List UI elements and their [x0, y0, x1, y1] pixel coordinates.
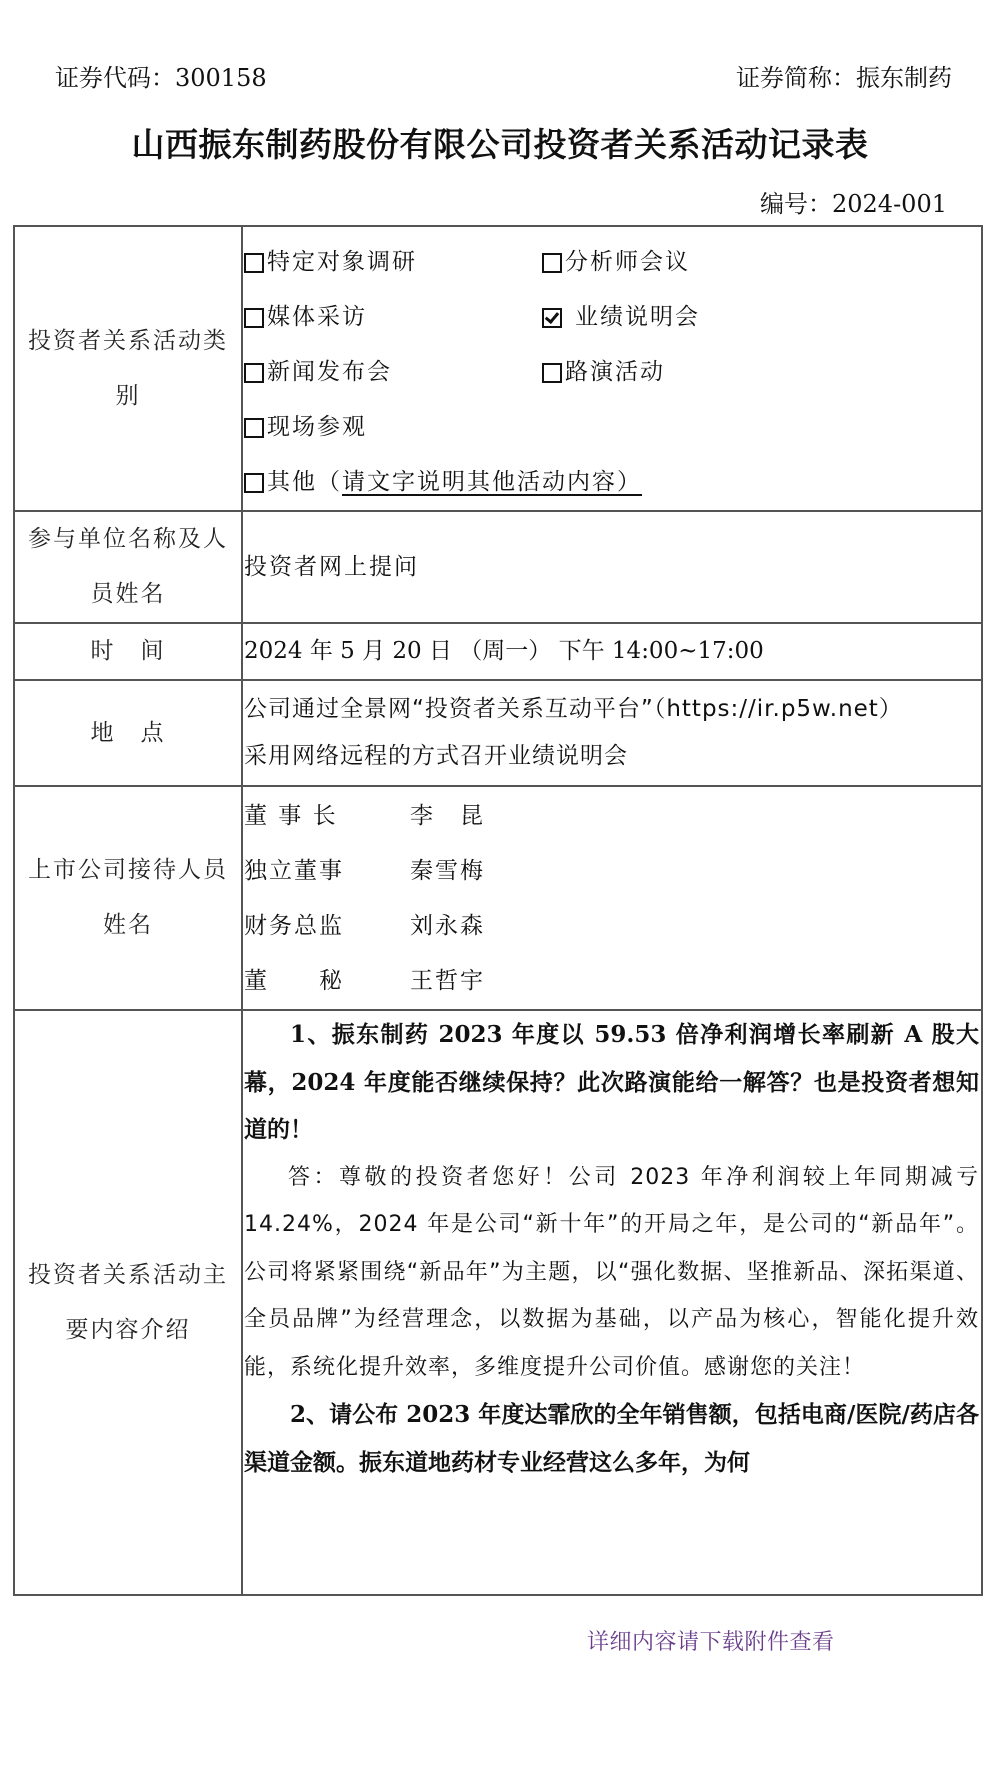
checkbox-item[interactable]: 现场参观: [244, 400, 542, 455]
label-line: 别: [15, 369, 241, 424]
participants-label: 参与单位名称及人 员姓名: [14, 511, 242, 623]
location-line: 公司通过全景网“投资者关系互动平台”（https://ir.p5w.net）: [244, 686, 981, 733]
other-description: 请文字说明其他活动内容）: [342, 455, 642, 510]
main-content-label: 投资者关系活动主 要内容介绍: [14, 1010, 242, 1595]
checkbox-label: 媒体采访: [267, 290, 367, 345]
question-1: 1、振东制药 2023 年度以 59.53 倍净利润增长率刷新 A 股大幕，20…: [244, 1011, 981, 1154]
staff-name: 刘永森: [410, 899, 485, 954]
label-line: 员姓名: [15, 567, 241, 622]
label-line: 要内容介绍: [15, 1303, 241, 1358]
table-row-participants: 参与单位名称及人 员姓名 投资者网上提问: [14, 511, 982, 623]
staff-name: 秦雪梅: [410, 844, 485, 899]
label-line: 参与单位名称及人: [15, 512, 241, 567]
checkbox-item[interactable]: 路演活动: [542, 345, 981, 400]
location-label: 地 点: [14, 680, 242, 786]
time-value: 2024 年 5 月 20 日 （周一） 下午 14:00~17:00: [242, 623, 982, 680]
checkbox-item[interactable]: 特定对象调研: [244, 235, 542, 290]
time-label: 时 间: [14, 623, 242, 680]
checkbox-checked-icon[interactable]: [542, 308, 562, 328]
staff-item: 董 秘 王哲宇: [244, 954, 981, 1009]
activity-type-label: 投资者关系活动类 别: [14, 226, 242, 511]
reception-label: 上市公司接待人员 姓名: [14, 786, 242, 1010]
participants-value: 投资者网上提问: [242, 511, 982, 623]
label-line: 姓名: [15, 898, 241, 953]
checkbox-empty-icon[interactable]: [244, 418, 264, 438]
question-2: 2、请公布 2023 年度达霏欣的全年销售额，包括电商/医院/药店各渠道金额。振…: [244, 1391, 981, 1486]
checkbox-empty-icon[interactable]: [542, 363, 562, 383]
reception-staff-list: 董 事 长 李 昆 独立董事 秦雪梅 财务总监 刘永森 董 秘 王哲宇: [242, 786, 982, 1010]
checkbox-label: 业绩说明会: [575, 290, 700, 345]
document-number: 编号：2024-001: [760, 190, 947, 218]
staff-role: 财务总监: [244, 899, 410, 954]
activity-type-options: 特定对象调研 分析师会议 媒体采访 业绩说明会 新闻发布会: [242, 226, 982, 511]
stock-abbreviation: 证券简称：振东制药: [736, 64, 952, 92]
label-line: 投资者关系活动主: [15, 1248, 241, 1303]
location-value: 公司通过全景网“投资者关系互动平台”（https://ir.p5w.net） 采…: [242, 680, 982, 786]
staff-role: 独立董事: [244, 844, 410, 899]
answer-1: 答：尊敬的投资者您好！公司 2023 年净利润较上年同期减亏 14.24%，20…: [244, 1154, 981, 1392]
table-row-location: 地 点 公司通过全景网“投资者关系互动平台”（https://ir.p5w.ne…: [14, 680, 982, 786]
checkbox-item[interactable]: 分析师会议: [542, 235, 981, 290]
staff-role: 董 秘: [244, 954, 410, 1009]
checkbox-label: 特定对象调研: [267, 235, 417, 290]
staff-name: 李 昆: [410, 789, 485, 844]
checkbox-item-other[interactable]: 其他（请文字说明其他活动内容）: [244, 455, 981, 510]
checkbox-empty-icon[interactable]: [244, 473, 264, 493]
staff-item: 独立董事 秦雪梅: [244, 844, 981, 899]
table-row-time: 时 间 2024 年 5 月 20 日 （周一） 下午 14:00~17:00: [14, 623, 982, 680]
checkbox-empty-icon[interactable]: [542, 253, 562, 273]
checkbox-item[interactable]: 新闻发布会: [244, 345, 542, 400]
location-line: 采用网络远程的方式召开业绩说明会: [244, 733, 981, 780]
checkbox-item-checked[interactable]: 业绩说明会: [542, 290, 981, 345]
checkbox-empty-icon[interactable]: [244, 363, 264, 383]
stock-code: 证券代码：300158: [55, 64, 267, 92]
ir-activity-record-table: 投资者关系活动类 别 特定对象调研 分析师会议 媒体采访 业: [13, 225, 983, 1596]
checkbox-empty-icon[interactable]: [244, 308, 264, 328]
checkbox-label: 分析师会议: [565, 235, 690, 290]
staff-item: 财务总监 刘永森: [244, 899, 981, 954]
table-row-activity-type: 投资者关系活动类 别 特定对象调研 分析师会议 媒体采访 业: [14, 226, 982, 511]
download-attachment-link[interactable]: 详细内容请下载附件查看: [587, 1628, 835, 1658]
label-line: 上市公司接待人员: [15, 843, 241, 898]
staff-name: 王哲宇: [410, 954, 485, 1009]
checkbox-label: 现场参观: [267, 400, 367, 455]
checkbox-item[interactable]: 媒体采访: [244, 290, 542, 345]
main-content-qa: 1、振东制药 2023 年度以 59.53 倍净利润增长率刷新 A 股大幕，20…: [242, 1010, 982, 1595]
staff-item: 董 事 长 李 昆: [244, 789, 981, 844]
checkbox-label: 路演活动: [565, 345, 665, 400]
page-title: 山西振东制药股份有限公司投资者关系活动记录表: [0, 124, 1000, 166]
checkbox-empty-icon[interactable]: [244, 253, 264, 273]
table-row-reception-staff: 上市公司接待人员 姓名 董 事 长 李 昆 独立董事 秦雪梅 财务总监 刘永森 …: [14, 786, 982, 1010]
other-prefix: 其他（: [267, 455, 342, 510]
checkbox-label: 新闻发布会: [267, 345, 392, 400]
label-line: 投资者关系活动类: [15, 314, 241, 369]
staff-role: 董 事 长: [244, 789, 410, 844]
table-row-main-content: 投资者关系活动主 要内容介绍 1、振东制药 2023 年度以 59.53 倍净利…: [14, 1010, 982, 1595]
